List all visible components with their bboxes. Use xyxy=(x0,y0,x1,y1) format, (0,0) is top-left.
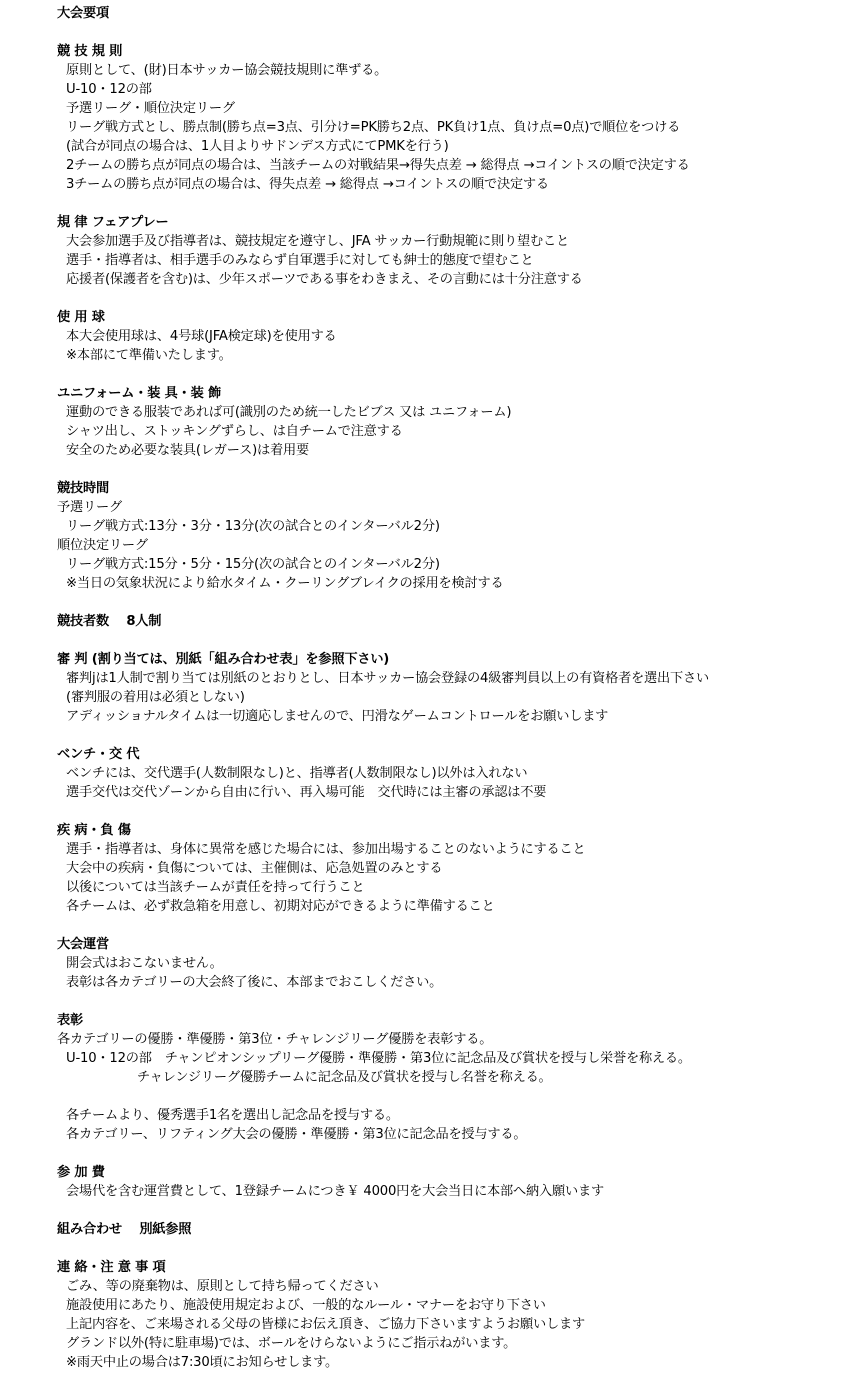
awards-line: チャレンジリーグ優勝チームに記念品及び賞状を授与し名誉を称える。 xyxy=(137,1068,552,1087)
rules-line: 原則として、(財)日本サッカー協会競技規則に準ずる。 xyxy=(66,61,387,80)
awards-line: 各チームより、優秀選手1名を選出し記念品を授与する。 xyxy=(66,1106,399,1125)
uniform-line: 運動のできる服装であれば可(識別のため統一したビブス 又は ユニフォーム) xyxy=(66,403,511,422)
section-heading-rules: 競 技 規 則 xyxy=(57,42,122,61)
rules-line: 3チームの勝ち点が同点の場合は、得失点差 → 総得点 →コイントスの順で決定する xyxy=(66,175,549,194)
document-title: 大会要項 xyxy=(57,4,109,23)
fairplay-line: 応援者(保護者を含む)は、少年スポーツである事をわきまえ、その言動には十分注意す… xyxy=(66,270,583,289)
section-heading-operations: 大会運営 xyxy=(57,935,109,954)
referee-line: アディッショナルタイムは一切適応しませんので、円滑なゲームコントロールをお願いし… xyxy=(66,707,608,726)
section-heading-awards: 表彰 xyxy=(57,1011,83,1030)
notice-line: ごみ、等の廃棄物は、原則として持ち帰ってください xyxy=(66,1277,379,1296)
awards-line: U-10・12の部 チャンピオンシップリーグ優勝・準優勝・第3位に記念品及び賞状… xyxy=(66,1049,691,1068)
injury-line: 大会中の疾病・負傷については、主催側は、応急処置のみとする xyxy=(66,859,442,878)
section-heading-notices: 連 絡・注 意 事 項 xyxy=(57,1258,165,1277)
notice-line: グランド以外(特に駐車場)では、ボールをけらないようにご指示ねがいます。 xyxy=(66,1334,516,1353)
rules-line: U-10・12の部 xyxy=(66,80,152,99)
rules-line: リーグ戦方式とし、勝点制(勝ち点=3点、引分け=PK勝ち2点、PK負け1点、負け… xyxy=(66,118,680,137)
awards-line: 各カテゴリー、リフティング大会の優勝・準優勝・第3位に記念品を授与する。 xyxy=(66,1125,526,1144)
fairplay-line: 大会参加選手及び指導者は、競技規定を遵守し、JFA サッカー行動規範に則り望むこ… xyxy=(66,232,569,251)
bench-line: ベンチには、交代選手(人数制限なし)と、指導者(人数制限なし)以外は入れない xyxy=(66,764,527,783)
injury-line: 以後については当該チームが責任を持って行うこと xyxy=(66,878,364,897)
notice-line: ※雨天中止の場合は7:30頃にお知らせします。 xyxy=(66,1353,338,1372)
uniform-line: シャツ出し、ストッキングずらし、は自チームで注意する xyxy=(66,422,403,441)
section-heading-ball: 使 用 球 xyxy=(57,308,105,327)
preliminary-league-time: リーグ戦方式:13分・3分・13分(次の試合とのインターバル2分) xyxy=(66,517,440,536)
weather-note: ※当日の気象状況により給水タイム・クーリングブレイクの採用を検討する xyxy=(66,574,503,593)
uniform-line: 安全のため必要な装具(レガース)は着用要 xyxy=(66,441,309,460)
ranking-league-label: 順位決定リーグ xyxy=(57,536,148,555)
ranking-league-time: リーグ戦方式:15分・5分・15分(次の試合とのインターバル2分) xyxy=(66,555,440,574)
operations-line: 開会式はおこないません。 xyxy=(66,954,223,973)
referee-line: 審判jは1人制で割り当ては別紙のとおりとし、日本サッカー協会登録の4級審判員以上… xyxy=(66,669,709,688)
section-heading-uniform: ユニフォーム・装 具・装 飾 xyxy=(57,384,221,403)
fee-line: 会場代を含む運営費として、1登録チームにつき￥ 4000円を大会当日に本部へ納入… xyxy=(66,1182,604,1201)
operations-line: 表彰は各カテゴリーの大会終了後に、本部までおこしください。 xyxy=(66,973,442,992)
section-heading-injury: 疾 病・負 傷 xyxy=(57,821,131,840)
rules-line: (試合が同点の場合は、1人目よりサドンデス方式にてPMKを行う) xyxy=(66,137,449,156)
injury-line: 選手・指導者は、身体に異常を感じた場合には、参加出場することのないようにすること xyxy=(66,840,586,859)
notice-line: 上記内容を、ご来場される父母の皆様にお伝え頂き、ご協力下さいますようお願いします xyxy=(66,1315,585,1334)
notice-line: 施設使用にあたり、施設使用規定および、一般的なルール・マナーをお守り下さい xyxy=(66,1296,546,1315)
ball-line: 本大会使用球は、4号球(JFA検定球)を使用する xyxy=(66,327,337,346)
bench-line: 選手交代は交代ゾーンから自由に行い、再入場可能 交代時には主審の承認は不要 xyxy=(66,783,546,802)
section-heading-pairings: 組み合わせ 別紙参照 xyxy=(57,1220,191,1239)
section-heading-match-time: 競技時間 xyxy=(57,479,109,498)
rules-line: 予選リーグ・順位決定リーグ xyxy=(66,99,235,118)
referee-line: (審判服の着用は必須としない) xyxy=(66,688,245,707)
rules-line: 2チームの勝ち点が同点の場合は、当該チームの対戦結果→得失点差 → 総得点 →コ… xyxy=(66,156,690,175)
section-heading-bench: ベンチ・交 代 xyxy=(57,745,139,764)
section-heading-fee: 参 加 費 xyxy=(57,1163,105,1182)
tournament-guidelines-document: 大会要項 競 技 規 則 原則として、(財)日本サッカー協会競技規則に準ずる。 … xyxy=(0,0,856,1375)
section-heading-referee: 審 判 (割り当ては、別紙「組み合わせ表」を参照下さい) xyxy=(57,650,389,669)
ball-line: ※本部にて準備いたします。 xyxy=(66,346,232,365)
injury-line: 各チームは、必ず救急箱を用意し、初期対応ができるように準備すること xyxy=(66,897,495,916)
preliminary-league-label: 予選リーグ xyxy=(57,498,122,517)
awards-intro: 各カテゴリーの優勝・準優勝・第3位・チャレンジリーグ優勝を表彰する。 xyxy=(57,1030,492,1049)
section-heading-players: 競技者数 8人制 xyxy=(57,612,161,631)
section-heading-fairplay: 規 律 フェアプレー xyxy=(57,213,169,232)
fairplay-line: 選手・指導者は、相手選手のみならず自軍選手に対しても紳士的態度で望むこと xyxy=(66,251,534,270)
